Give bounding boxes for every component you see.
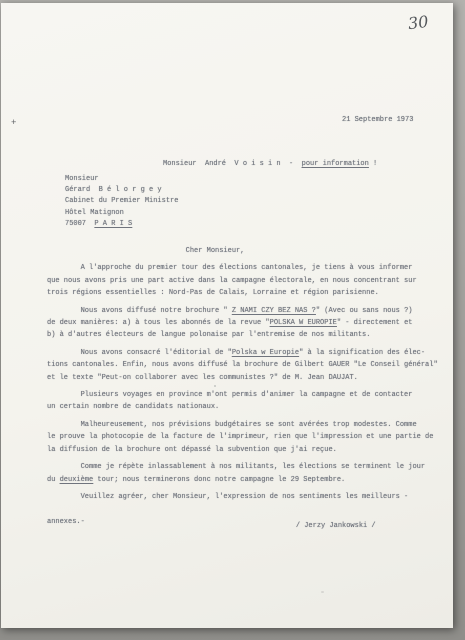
- letter-line: que nous avons pris une part active dans…: [47, 275, 447, 287]
- letter-line: Monsieur: [65, 174, 178, 185]
- letter-line: 75007 P A R I S: [65, 219, 178, 230]
- letter-line: Cabinet du Premier Ministre: [65, 196, 178, 207]
- letter-line: Plusieurs voyages en province m'ont perm…: [47, 389, 447, 401]
- letter-line: de deux manières: a) à tous les abonnés …: [47, 317, 447, 329]
- letter-line: Gérard B é l o r g e y: [65, 185, 178, 196]
- letter-line: Nous avons diffusé notre brochure " Z NA…: [47, 305, 447, 317]
- letter-line: b) à d'autres électeurs de langue polona…: [47, 329, 447, 341]
- letter-line: Cher Monsieur,: [47, 245, 447, 257]
- letter-line: A l'approche du premier tour des électio…: [47, 262, 447, 274]
- scan-speck: [214, 385, 216, 387]
- letter-line: le prouve la photocopie de la facture de…: [47, 431, 447, 443]
- margin-cross-mark: +: [11, 118, 16, 128]
- date-line: 21 Septembre 1973: [342, 114, 413, 126]
- letter-line: Veuillez agréer, cher Monsieur, l'expres…: [47, 491, 447, 503]
- letter-line: Monsieur André V o i s i n - pour inform…: [163, 158, 377, 170]
- signature: / Jerzy Jankowski /: [296, 520, 376, 532]
- scanned-letter-page: { "page": { "handwritten_number": "30", …: [0, 0, 465, 640]
- letter-line: Malheureusement, nos prévisions budgétai…: [47, 419, 447, 431]
- letter-line: du deuxième tour; nous terminerons donc …: [47, 474, 447, 486]
- address-block: MonsieurGérard B é l o r g e yCabinet du…: [65, 174, 178, 230]
- letter-paper: 30 + 21 Septembre 1973 Monsieur André V …: [1, 3, 453, 628]
- letter-line: tions cantonales. Enfin, nous avons diff…: [47, 359, 447, 371]
- letter-line: et le texte "Peut-on collaborer avec les…: [47, 372, 447, 384]
- signature-row: annexes.- / Jerzy Jankowski /: [47, 516, 447, 528]
- letter-line: Hôtel Matignon: [65, 208, 178, 219]
- handwritten-page-number: 30: [407, 12, 430, 33]
- enclosures-note: annexes.-: [47, 516, 85, 528]
- letter-line: Nous avons consacré l'éditorial de "Pols…: [47, 347, 447, 359]
- recipient-note: Monsieur André V o i s i n - pour inform…: [163, 158, 377, 170]
- letter-line: Comme je répète inlassablement à nos mil…: [47, 461, 447, 473]
- letter-line: la diffusion de la brochure ont dépassé …: [47, 444, 447, 456]
- body-lines: Cher Monsieur, A l'approche du premier t…: [47, 245, 447, 503]
- letter-line: trois régions essentielles : Nord-Pas de…: [47, 287, 447, 299]
- scan-speck: [321, 591, 324, 593]
- letter-line: un certain nombre de candidats nationaux…: [47, 401, 447, 413]
- letter-body: Cher Monsieur, A l'approche du premier t…: [47, 245, 447, 528]
